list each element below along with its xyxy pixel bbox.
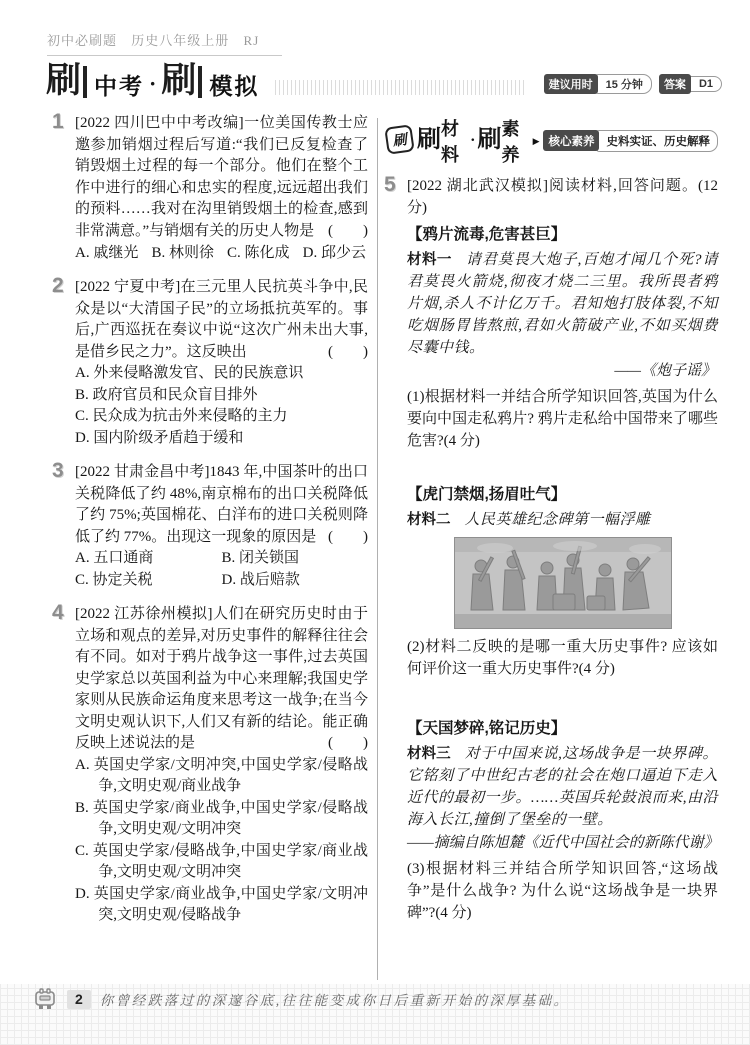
book-edition: RJ (244, 33, 260, 48)
option-b: B. 闭关锁国 (222, 548, 369, 570)
question-4-stem: [2022 江苏徐州模拟]人们在研究历史时由于立场和观点的差异,对历史事件的解释… (75, 604, 368, 755)
question-1: 1 [2022 四川巴中中考改编]一位美国传教士应邀参加销烟过程后写道:“我们已… (58, 113, 368, 264)
book-series: 初中必刷题 (47, 33, 117, 48)
option-b: B. 林则徐 (151, 242, 214, 264)
question-3-stem: [2022 甘肃金昌中考]1843 年,中国茶叶的出口关税降低了约 48%,南京… (75, 462, 368, 548)
time-badge-label: 建议用时 (544, 74, 598, 94)
material-section-header: 刷 刷 材料 · 刷 素养 ▶ 核心素养 史料实证、历史解释 (386, 112, 718, 167)
brush-logo-4: 刷 (477, 127, 501, 153)
material-2-label: 材料二 (407, 512, 451, 528)
question-2-stem: [2022 宁夏中考]在三元里人民抗英斗争中,民众是以“大清国子民”的立场抵抗英… (75, 277, 368, 363)
part1-heading: 【鸦片流毒,危害甚巨】 (407, 223, 718, 247)
question-2-options: A. 外来侵略激发官、民的民族意识 B. 政府官员和民众盲目排外 C. 民众成为… (75, 363, 368, 449)
brush-logo-3: 刷 (417, 127, 441, 153)
answer-bracket: ( ) (328, 527, 368, 549)
option-c: C. 协定关税 (75, 570, 222, 592)
competency-badge-label: 核心素养 (543, 130, 599, 151)
title-segment-suyang: 素养 (501, 115, 528, 167)
question-1-options: A. 戚继光 B. 林则徐 C. 陈化成 D. 邱少云 (75, 242, 368, 264)
page-footer: 2 你曾经跌落过的深邃谷底,往往能变成你日后重新开始的深厚基础。 (32, 988, 570, 1010)
option-c: C. 陈化成 (227, 242, 290, 264)
title-segment-zhongkao: 中考 (94, 68, 144, 101)
motivational-quote: 你曾经跌落过的深邃谷底,往往能变成你日后重新开始的深厚基础。 (100, 989, 570, 1009)
material-3-text: 对于中国来说,这场战争是一块界碑。它铭刻了中世纪古老的社会在炮口逼迫下走入近代的… (407, 746, 718, 828)
option-d: D. 国内阶级矛盾趋于缓和 (75, 428, 368, 450)
option-a: A. 外来侵略激发官、民的民族意识 (75, 363, 368, 385)
brush-logo-1: 刷 (46, 62, 81, 100)
material-1-label: 材料一 (407, 252, 452, 268)
competency-badge: 核心素养 史料实证、历史解释 (543, 130, 718, 152)
book-header: 初中必刷题 历史八年级上册 RJ (47, 30, 282, 56)
brush-bar-icon (198, 66, 202, 98)
question-1-stem: [2022 四川巴中中考改编]一位美国传教士应邀参加销烟过程后写道:“我们已反复… (75, 113, 368, 242)
sub-question-1: (1)根据材料一并结合所学知识回答,英国为什么要向中国走私鸦片? 鸦片走私给中国… (407, 386, 718, 452)
option-c: C. 英国史学家/侵略战争,中国史学家/商业战争,文明史观/文明冲突 (75, 841, 368, 884)
answer-bracket: ( ) (328, 221, 368, 243)
answer-space (407, 452, 718, 479)
option-d: D. 英国史学家/商业战争,中国史学家/文明冲突,文明史观/侵略战争 (75, 884, 368, 927)
option-a: A. 英国史学家/文明冲突,中国史学家/侵略战争,文明史观/商业战争 (75, 755, 368, 798)
question-5-number: 5 (384, 173, 396, 197)
option-a: A. 戚继光 (75, 242, 138, 264)
question-2: 2 [2022 宁夏中考]在三元里人民抗英斗争中,民众是以“大清国子民”的立场抵… (58, 277, 368, 449)
part2-heading: 【虎门禁烟,扬眉吐气】 (407, 483, 718, 507)
answer-bracket: ( ) (328, 342, 368, 364)
page-number: 2 (67, 990, 91, 1009)
option-c: C. 民众成为抗击外来侵略的主力 (75, 406, 368, 428)
brush-stamp-icon: 刷 (384, 124, 414, 154)
answer-bracket: ( ) (328, 733, 368, 755)
brush-logo-2: 刷 (161, 62, 196, 100)
title-dot: · (149, 71, 156, 97)
question-3: 3 [2022 甘肃金昌中考]1843 年,中国茶叶的出口关税降低了约 48%,… (58, 462, 368, 591)
option-a: A. 五口通商 (75, 548, 222, 570)
material-1-source: ——《炮子谣》 (407, 359, 718, 383)
book-subject: 历史八年级上册 (131, 33, 229, 48)
question-4-options: A. 英国史学家/文明冲突,中国史学家/侵略战争,文明史观/商业战争 B. 英国… (75, 755, 368, 927)
question-2-number: 2 (52, 274, 64, 298)
sub-question-2: (2)材料二反映的是哪一重大历史事件? 应该如何评价这一重大历史事件?(4 分) (407, 636, 718, 680)
option-d: D. 战后赔款 (222, 570, 369, 592)
question-3-options: A. 五口通商 B. 闭关锁国 C. 协定关税 D. 战后赔款 (75, 548, 368, 591)
arrow-right-icon: ▶ (533, 136, 540, 147)
option-d: D. 邱少云 (303, 242, 366, 264)
mascot-lantern-icon (32, 988, 58, 1010)
monument-relief-photo (454, 537, 672, 629)
answer-badge-label: 答案 (659, 74, 691, 94)
competency-badge-value: 史料实证、历史解释 (596, 130, 718, 152)
material-1-paragraph: 材料一请君莫畏大炮子,百炮才闻几个死?请君莫畏火箭烧,彻夜才烧二三里。我所畏者鸦… (407, 249, 718, 359)
workbook-page: 初中必刷题 历史八年级上册 RJ 刷 中考 · 刷 模拟 建议用时 15 分钟 … (0, 0, 750, 1045)
time-badge-value: 15 分钟 (595, 74, 652, 94)
title-dot: · (470, 132, 475, 150)
suggested-time-badge: 建议用时 15 分钟 (544, 74, 652, 94)
material-2-caption: 人民英雄纪念碑第一幅浮雕 (465, 512, 651, 528)
question-5: 5 [2022 湖北武汉模拟]阅读材料,回答问题。(12 分) 【鸦片流毒,危害… (390, 176, 718, 924)
answer-badge-value: D1 (688, 76, 722, 92)
title-segment-cailiao: 材料 (441, 115, 468, 167)
material-2-caption-row: 材料二人民英雄纪念碑第一幅浮雕 (407, 509, 718, 531)
brush-bar-icon (83, 66, 87, 98)
dashed-divider-band (275, 80, 524, 95)
material-3-source: ——摘编自陈旭麓《近代中国社会的新陈代谢》 (407, 831, 718, 855)
material-3-paragraph: 材料三对于中国来说,这场战争是一块界碑。它铭刻了中世纪古老的社会在炮口逼迫下走入… (407, 743, 718, 831)
title-segment-moni: 模拟 (209, 68, 259, 101)
question-1-number: 1 (52, 110, 64, 134)
section-title-row: 刷 中考 · 刷 模拟 建议用时 15 分钟 答案 D1 (46, 60, 722, 102)
question-4-number: 4 (52, 601, 64, 625)
sub-question-3: (3)根据材料三并结合所学知识回答,“这场战争”是什么战争? 为什么说“这场战争… (407, 858, 718, 924)
option-b: B. 政府官员和民众盲目排外 (75, 385, 368, 407)
part3-heading: 【天国梦碎,铭记历史】 (407, 717, 718, 741)
right-material-column: 刷 刷 材料 · 刷 素养 ▶ 核心素养 史料实证、历史解释 5 [2022 湖… (390, 112, 718, 937)
left-question-column: 1 [2022 四川巴中中考改编]一位美国传教士应邀参加销烟过程后写道:“我们已… (58, 113, 368, 940)
relief-photo-wrap (454, 537, 672, 629)
question-4: 4 [2022 江苏徐州模拟]人们在研究历史时由于立场和观点的差异,对历史事件的… (58, 604, 368, 927)
option-b: B. 英国史学家/商业战争,中国史学家/侵略战争,文明史观/文明冲突 (75, 798, 368, 841)
answer-space (407, 680, 718, 713)
column-divider (377, 118, 378, 980)
relief-figures-illustration (455, 538, 671, 628)
question-5-stem: [2022 湖北武汉模拟]阅读材料,回答问题。(12 分) (407, 176, 718, 219)
material-3-label: 材料三 (407, 746, 451, 762)
answer-ref-badge: 答案 D1 (659, 74, 722, 94)
question-3-number: 3 (52, 459, 64, 483)
material-1-text: 请君莫畏大炮子,百炮才闻几个死?请君莫畏火箭烧,彻夜才烧二三里。我所畏者鸦片烟,… (407, 252, 718, 356)
